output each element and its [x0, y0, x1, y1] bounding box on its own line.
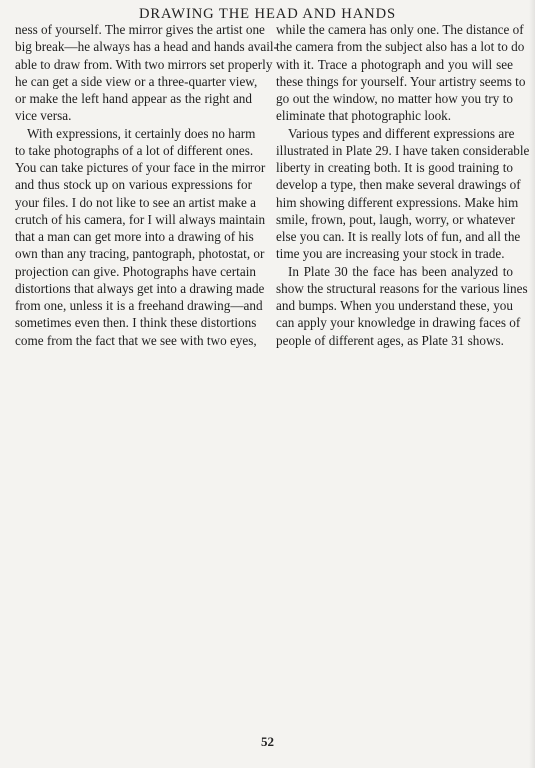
text-line: develop a type, then make several drawin… — [276, 176, 513, 193]
text-line: him showing different expressions. Make … — [276, 194, 513, 211]
text-line: vice versa. — [15, 107, 252, 124]
text-line: show the structural reasons for the vari… — [276, 280, 513, 297]
text-line: people of different ages, as Plate 31 sh… — [276, 332, 513, 349]
text-line: big break—he always has a head and hands… — [15, 38, 252, 55]
text-line: he can get a side view or a three-quarte… — [15, 73, 252, 90]
text-line: smile, frown, pout, laugh, worry, or wha… — [276, 211, 513, 228]
text-line: come from the fact that we see with two … — [15, 332, 252, 349]
text-line: to take photographs of a lot of differen… — [15, 142, 252, 159]
text-line: distortions that always get into a drawi… — [15, 280, 252, 297]
text-line: With expressions, it certainly does no h… — [15, 125, 252, 142]
book-page: DRAWING THE HEAD AND HANDS ness of yours… — [0, 0, 535, 768]
text-line: In Plate 30 the face has been analyzed t… — [276, 263, 513, 280]
text-line: eliminate that photographic look. — [276, 107, 513, 124]
left-column: ness of yourself. The mirror gives the a… — [15, 21, 252, 349]
text-line: the camera from the subject also has a l… — [276, 38, 513, 55]
text-line: with it. Trace a photograph and you will… — [276, 56, 513, 73]
text-line: and bumps. When you understand these, yo… — [276, 297, 513, 314]
right-column: while the camera has only one. The dista… — [276, 21, 513, 349]
text-line: Various types and different expressions … — [276, 125, 513, 142]
page-number: 52 — [0, 734, 535, 750]
text-line: able to draw from. With two mirrors set … — [15, 56, 252, 73]
text-line: illustrated in Plate 29. I have taken co… — [276, 142, 513, 159]
page-edge-shadow — [529, 0, 535, 768]
text-line: from one, unless it is a freehand drawin… — [15, 297, 252, 314]
text-line: and thus stock up on various expressions… — [15, 176, 252, 193]
text-line: own than any tracing, pantograph, photos… — [15, 245, 252, 262]
text-line: crutch of his camera, for I will always … — [15, 211, 252, 228]
text-line: go out the window, no matter how you try… — [276, 90, 513, 107]
text-line: ness of yourself. The mirror gives the a… — [15, 21, 252, 38]
text-line: You can take pictures of your face in th… — [15, 159, 252, 176]
text-line: these things for yourself. Your artistry… — [276, 73, 513, 90]
text-line: sometimes even then. I think these disto… — [15, 314, 252, 331]
text-line: or make the left hand appear as the righ… — [15, 90, 252, 107]
text-line: else you can. It is really lots of fun, … — [276, 228, 513, 245]
text-line: your files. I do not like to see an arti… — [15, 194, 252, 211]
text-line: while the camera has only one. The dista… — [276, 21, 513, 38]
text-line: liberty in creating both. It is good tra… — [276, 159, 513, 176]
text-line: that a man can get more into a drawing o… — [15, 228, 252, 245]
text-line: projection can give. Photographs have ce… — [15, 263, 252, 280]
text-line: time you are increasing your stock in tr… — [276, 245, 513, 262]
text-line: can apply your knowledge in drawing face… — [276, 314, 513, 331]
